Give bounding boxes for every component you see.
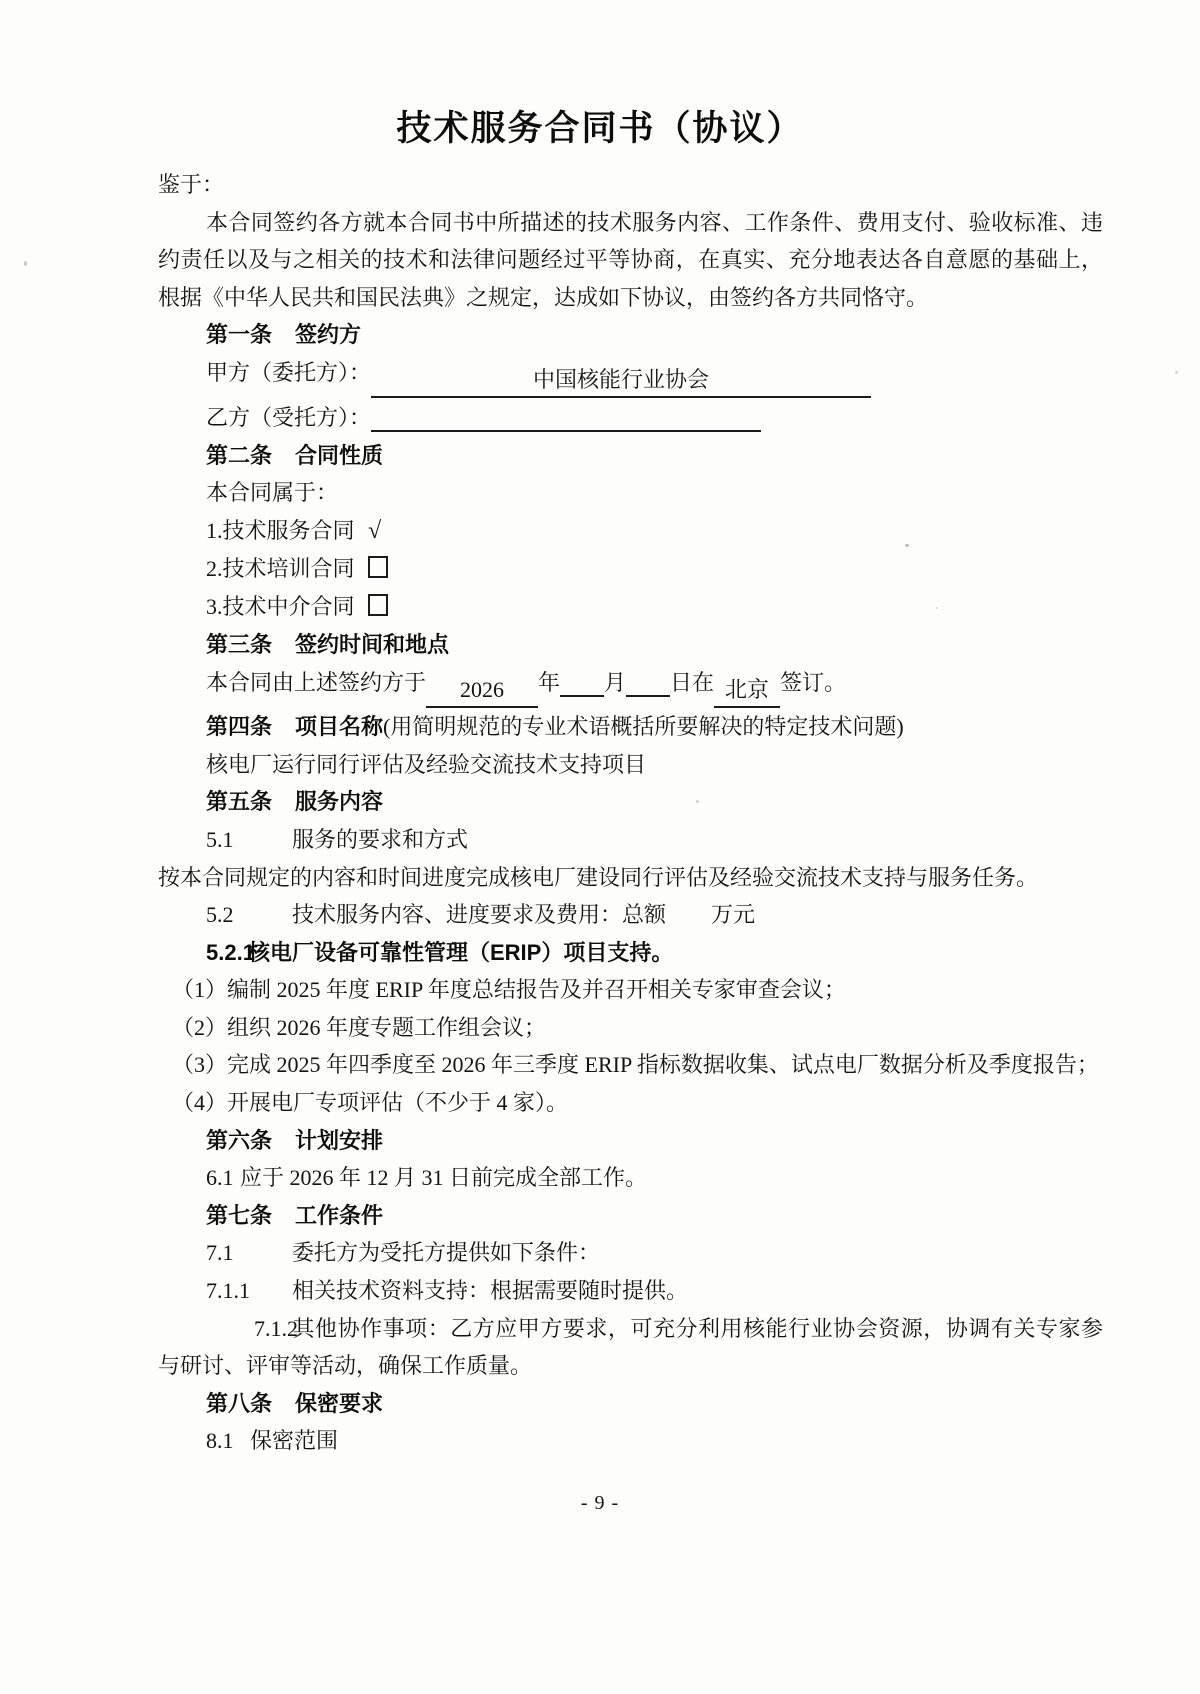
check-mark-icon: √	[368, 518, 381, 544]
clause-7-1-2: 7.1.2其他协作事项：乙方应甲方要求，可充分利用核能行业协会资源，协调有关专家…	[158, 1310, 1103, 1385]
option-technical-service: 1.技术服务合同√	[158, 512, 1103, 551]
clause-number: 7.1.2	[206, 1310, 292, 1348]
document-title: 技术服务合同书（协议）	[0, 0, 1200, 154]
empty-checkbox-icon	[368, 594, 388, 616]
signing-prefix: 本合同由上述签约方于	[206, 670, 426, 695]
option-technical-training: 2.技术培训合同	[158, 550, 1103, 588]
year-value: 2026	[460, 677, 504, 702]
article2-title: 合同性质	[295, 443, 383, 468]
clause-5-1-body: 按本合同规定的内容和时间进度完成核电厂建设同行评估及经验交流技术支持与服务任务。	[158, 859, 1103, 897]
article6-number: 第六条	[206, 1128, 272, 1153]
article2-heading: 第二条合同性质	[158, 437, 1103, 475]
party-a-row: 甲方（委托方）：中国核能行业协会	[158, 354, 1103, 398]
party-a-label: 甲方（委托方）：	[206, 360, 371, 385]
whereas-label: 鉴于：	[158, 166, 1103, 204]
erip-item-3: （3）完成 2025 年四季度至 2026 年三季度 ERIP 指标数据收集、试…	[158, 1046, 1103, 1084]
article8-heading: 第八条保密要求	[158, 1385, 1103, 1423]
clause-text: 技术服务内容、进度要求及费用：总额	[292, 902, 666, 927]
article5-number: 第五条	[206, 789, 272, 814]
scan-speck	[696, 800, 699, 803]
article3-number: 第三条	[206, 632, 272, 657]
clause-number: 7.1.1	[206, 1272, 292, 1310]
article7-title: 工作条件	[295, 1203, 383, 1228]
article3-title: 签约时间和地点	[295, 632, 449, 657]
party-b-row: 乙方（受托方）：	[158, 398, 1103, 437]
party-a-value: 中国核能行业协会	[533, 367, 709, 392]
party-b-blank-field	[371, 398, 761, 432]
clause-7-1: 7.1委托方为受托方提供如下条件：	[158, 1234, 1103, 1272]
clause-6-1: 6.1应于 2026 年 12 月 31 日前完成全部工作。	[158, 1159, 1103, 1197]
option-label: 1.技术服务合同	[206, 512, 368, 550]
clause-5-2: 5.2技术服务内容、进度要求及费用：总额万元	[158, 896, 1103, 934]
page-number: - 9 -	[0, 1488, 1200, 1518]
article1-number: 第一条	[206, 322, 272, 347]
article1-heading: 第一条签约方	[158, 316, 1103, 354]
signing-suffix: 签订。	[780, 670, 846, 695]
article6-heading: 第六条计划安排	[158, 1122, 1103, 1160]
year-blank-field: 2026	[426, 674, 538, 708]
clause-number: 5.2	[206, 896, 292, 934]
contract-document-page: 技术服务合同书（协议） 鉴于： 本合同签约各方就本合同书中所描述的技术服务内容、…	[0, 0, 1200, 1694]
clause-text: 委托方为受托方提供如下条件：	[292, 1240, 600, 1265]
scan-speck	[905, 544, 909, 547]
clause-text: 相关技术资料支持：根据需要随时提供。	[292, 1278, 688, 1303]
clause-7-1-1: 7.1.1相关技术资料支持：根据需要随时提供。	[158, 1272, 1103, 1310]
article4-note: (用简明规范的专业术语概括所要解决的特定技术问题)	[383, 714, 904, 739]
article2-number: 第二条	[206, 443, 272, 468]
month-blank-field	[560, 663, 604, 697]
article6-title: 计划安排	[295, 1128, 383, 1153]
month-suffix: 月	[604, 670, 626, 695]
clause-text: 保密范围	[250, 1428, 338, 1453]
option-label: 3.技术中介合同	[206, 588, 368, 626]
place-blank-field: 北京	[714, 674, 780, 708]
clause-text: 应于 2026 年 12 月 31 日前完成全部工作。	[240, 1165, 647, 1190]
contract-nature-intro: 本合同属于：	[158, 474, 1103, 512]
preamble-paragraph: 本合同签约各方就本合同书中所描述的技术服务内容、工作条件、费用支付、验收标准、违…	[158, 204, 1103, 317]
place-value: 北京	[725, 677, 769, 702]
party-b-label: 乙方（受托方）：	[206, 405, 371, 430]
article1-title: 签约方	[295, 322, 361, 347]
year-suffix: 年	[538, 670, 560, 695]
clause-5-1: 5.1服务的要求和方式	[158, 821, 1103, 859]
article4-heading: 第四条项目名称(用简明规范的专业术语概括所要解决的特定技术问题)	[158, 708, 1103, 746]
article7-number: 第七条	[206, 1203, 272, 1228]
option-label: 2.技术培训合同	[206, 550, 368, 588]
article8-title: 保密要求	[295, 1391, 383, 1416]
amount-unit: 万元	[711, 902, 755, 927]
article7-heading: 第七条工作条件	[158, 1197, 1103, 1235]
option-technical-intermediary: 3.技术中介合同	[158, 588, 1103, 626]
day-suffix: 日在	[670, 670, 714, 695]
clause-number: 5.1	[206, 821, 292, 859]
party-a-blank-field: 中国核能行业协会	[371, 364, 871, 398]
clause-number: 7.1	[206, 1234, 292, 1272]
scan-speck	[1175, 371, 1178, 374]
article5-title: 服务内容	[295, 789, 383, 814]
scan-speck	[24, 261, 27, 266]
article5-heading: 第五条服务内容	[158, 783, 1103, 821]
clause-8-1: 8.1保密范围	[158, 1422, 1103, 1460]
clause-number: 5.2.1	[206, 934, 248, 972]
erip-item-4: （4）开展电厂专项评估（不少于 4 家）。	[158, 1084, 1103, 1122]
clause-text: 其他协作事项：乙方应甲方要求，可充分利用核能行业协会资源，协调有关专家参与研讨、…	[158, 1316, 1103, 1379]
article3-heading: 第三条签约时间和地点	[158, 626, 1103, 664]
clause-number: 8.1	[206, 1422, 250, 1460]
erip-item-1: （1）编制 2025 年度 ERIP 年度总结报告及并召开相关专家审查会议；	[158, 971, 1103, 1009]
document-body: 鉴于： 本合同签约各方就本合同书中所描述的技术服务内容、工作条件、费用支付、验收…	[158, 166, 1103, 1460]
article8-number: 第八条	[206, 1391, 272, 1416]
article4-title: 项目名称	[295, 714, 383, 739]
clause-5-2-1: 5.2.1核电厂设备可靠性管理（ERIP）项目支持。	[158, 934, 1103, 972]
article4-number: 第四条	[206, 714, 272, 739]
erip-item-2: （2）组织 2026 年度专题工作组会议；	[158, 1009, 1103, 1047]
project-name: 核电厂运行同行评估及经验交流技术支持项目	[158, 746, 1103, 784]
scan-speck	[936, 607, 938, 609]
clause-number: 6.1	[206, 1159, 240, 1197]
clause-text: 服务的要求和方式	[292, 827, 468, 852]
signing-date-row: 本合同由上述签约方于2026年月日在北京签订。	[158, 663, 1103, 708]
clause-text: 核电厂设备可靠性管理（ERIP）项目支持。	[248, 940, 673, 965]
empty-checkbox-icon	[368, 556, 388, 578]
day-blank-field	[626, 663, 670, 697]
